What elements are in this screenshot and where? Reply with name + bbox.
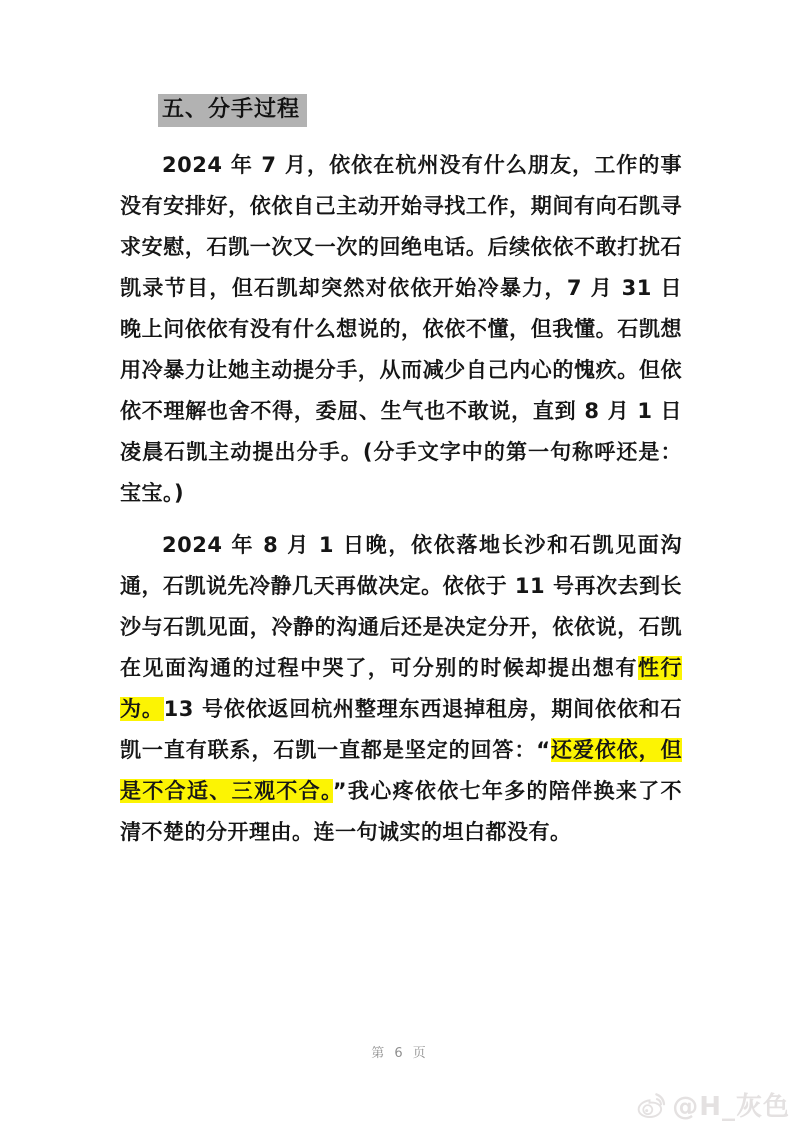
watermark-handle: @H_灰色 xyxy=(672,1086,790,1123)
paragraph: 2024 年 8 月 1 日晚，依依落地长沙和石凯见面沟通，石凯说先冷静几天再做… xyxy=(120,525,682,853)
watermark: @H_灰色 xyxy=(635,1086,790,1123)
body-text: 2024 年 8 月 1 日晚，依依落地长沙和石凯见面沟通，石凯说先冷静几天再做… xyxy=(120,533,682,680)
paragraph: 2024 年 7 月，依依在杭州没有什么朋友，工作的事没有安排好，依依自己主动开… xyxy=(120,145,682,514)
document-content: 五、分手过程 2024 年 7 月，依依在杭州没有什么朋友，工作的事没有安排好，… xyxy=(120,94,682,864)
body-text: 2024 年 7 月，依依在杭州没有什么朋友，工作的事没有安排好，依依自己主动开… xyxy=(120,153,682,505)
weibo-icon xyxy=(635,1090,669,1120)
page-number: 第 6 页 xyxy=(0,1042,800,1061)
document-page: 五、分手过程 2024 年 7 月，依依在杭州没有什么朋友，工作的事没有安排好，… xyxy=(0,0,800,1128)
section-heading: 五、分手过程 xyxy=(158,94,307,127)
document-body: 2024 年 7 月，依依在杭州没有什么朋友，工作的事没有安排好，依依自己主动开… xyxy=(120,145,682,853)
